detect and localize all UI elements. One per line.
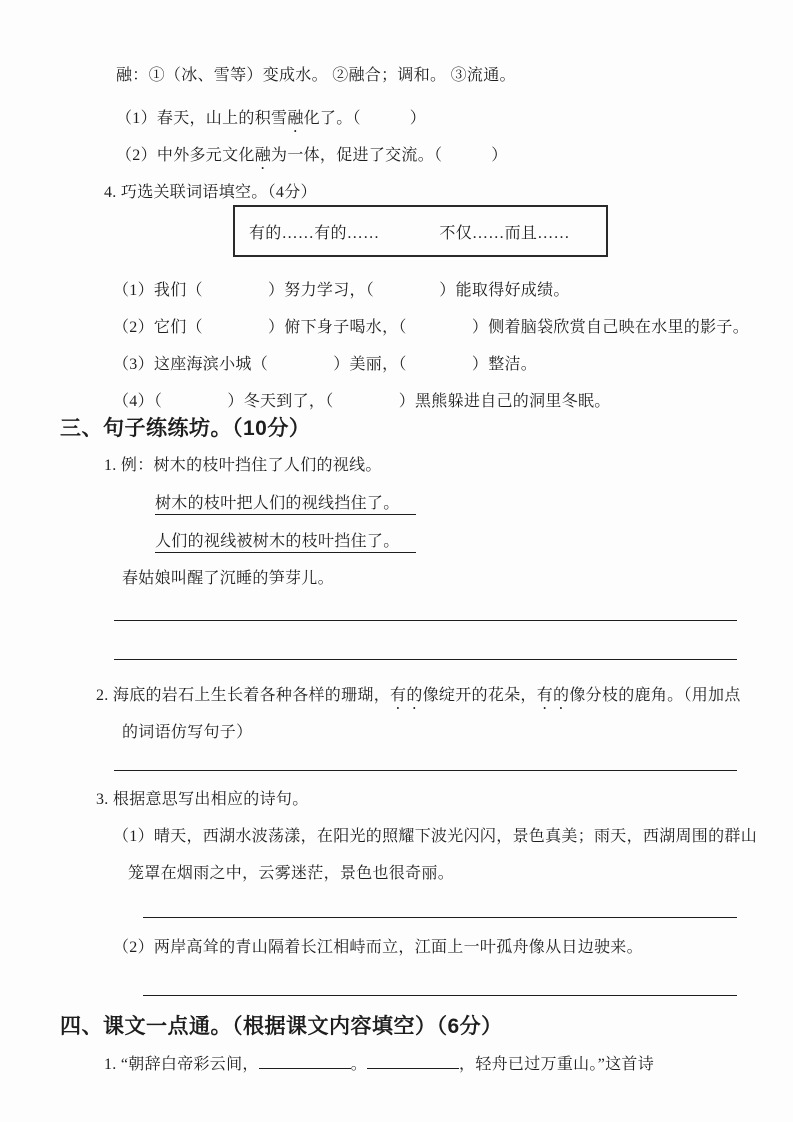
q1-text-part-3: ，轻舟已过万重山。”这首诗 <box>459 1056 654 1073</box>
answer-line <box>143 995 737 996</box>
q1-example-sentence: 1. 例：树木的枝叶挡住了人们的视线。 <box>104 454 382 478</box>
word-usage-item-2: （2）中外多元文化融为一体，促进了交流。（ ） <box>116 144 508 173</box>
question-4-item-4: （4）（ ）冬天到了，（ ）黑熊躲进自己的洞里冬眠。 <box>113 390 611 414</box>
q3-item-2: （2）两岸高耸的青山隔着长江相峙而立，江面上一叶孤舟像从日边驶来。 <box>113 936 643 960</box>
section-three-heading: 三、句子练练坊。（10分） <box>60 414 310 444</box>
q2-sentence-line-1: 2. 海底的岩石上生长着各种各样的珊瑚，有的像绽开的花朵，有的像分枝的鹿角。（用… <box>96 684 741 713</box>
q1-rewrite-bei-text: 人们的视线被树木的枝叶挡住了。 <box>155 533 416 553</box>
word-usage-item-1: （1）春天，山上的积雪融化了。（ ） <box>116 107 426 136</box>
question-4-item-1: （1）我们（ ）努力学习，（ ）能取得好成绩。 <box>113 279 570 303</box>
answer-line <box>143 917 737 918</box>
word-bank-box: 有的……有的…… 不仅……而且…… <box>233 205 608 257</box>
q3-item-1-line-2: 笼罩在烟雨之中，云雾迷茫，景色也很奇丽。 <box>128 862 454 886</box>
q1-text-part-2: 。 <box>351 1056 367 1073</box>
answer-line <box>114 770 737 771</box>
word-definition-line: 融：①（冰、雪等）变成水。 ②融合；调和。 ③流通。 <box>116 64 516 88</box>
q1-text-part-1: 1. “朝辞白帝彩云间， <box>104 1056 259 1073</box>
word-bank-option-1: 有的……有的…… <box>249 220 379 243</box>
q3-title: 3. 根据意思写出相应的诗句。 <box>96 788 309 812</box>
q2-sentence-line-2: 的词语仿写句子） <box>122 721 252 745</box>
q1-rewrite-bei: 人们的视线被树木的枝叶挡住了。 <box>155 530 416 554</box>
section-four-q1: 1. “朝辞白帝彩云间，。，轻舟已过万重山。”这首诗 <box>104 1053 654 1077</box>
q1-prompt-sentence: 春姑娘叫醒了沉睡的笋芽儿。 <box>122 567 334 591</box>
question-4-title: 4. 巧选关联词语填空。（4分） <box>104 181 317 205</box>
section-four-heading: 四、课文一点通。（根据课文内容填空）（6分） <box>60 1012 503 1042</box>
fill-blank <box>259 1054 351 1069</box>
question-4-item-3: （3）这座海滨小城（ ）美丽，（ ）整洁。 <box>113 353 537 377</box>
q1-rewrite-ba: 树木的枝叶把人们的视线挡住了。 <box>155 492 416 516</box>
answer-line <box>114 659 737 660</box>
exam-page: 融：①（冰、雪等）变成水。 ②融合；调和。 ③流通。 （1）春天，山上的积雪融化… <box>0 0 793 1122</box>
answer-line <box>114 620 737 621</box>
word-bank-option-2: 不仅……而且…… <box>439 220 569 243</box>
question-4-item-2: （2）它们（ ）俯下身子喝水，（ ）侧着脑袋欣赏自己映在水里的影子。 <box>113 316 749 340</box>
fill-blank <box>367 1054 459 1069</box>
q3-item-1-line-1: （1）晴天，西湖水波荡漾，在阳光的照耀下波光闪闪，景色真美；雨天，西湖周围的群山 <box>113 825 757 849</box>
q1-rewrite-ba-text: 树木的枝叶把人们的视线挡住了。 <box>155 495 416 515</box>
